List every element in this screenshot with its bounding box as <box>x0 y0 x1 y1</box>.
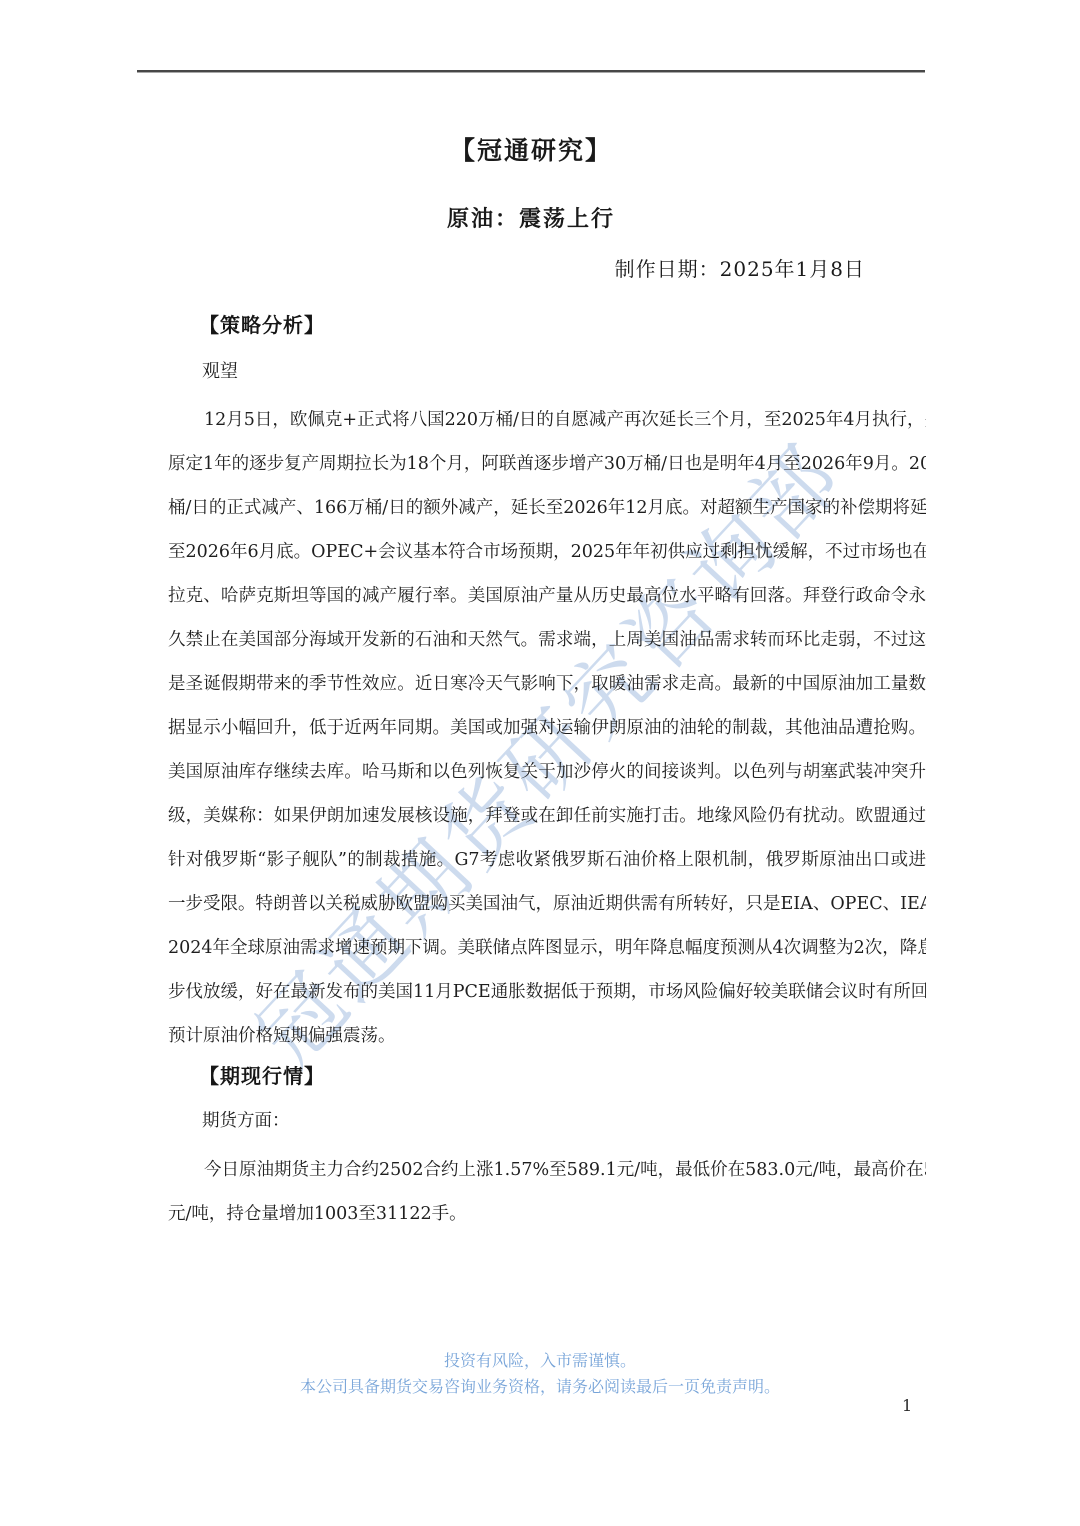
footer-disclaimer: 本公司具备期货交易咨询业务资格，请务必阅读最后一页免责声明。 <box>0 1374 1080 1400</box>
paragraph-line: 原定1年的逐步复产周期拉长为18个月，阿联酋逐步增产30万桶/日也是明年4月至2… <box>168 442 926 486</box>
paragraph-line: 步伐放缓，好在最新发布的美国11月PCE通胀数据低于预期，市场风险偏好较美联储会… <box>168 970 926 1014</box>
section-heading-market: 【期现行情】 <box>199 1060 325 1089</box>
document-page: 冠通期货研究咨询部 【冠通研究】 原油：震荡上行 制作日期：2025年1月8日 … <box>0 0 1080 1526</box>
paragraph-line: 级，美媒称：如果伊朗加速发展核设施，拜登或在卸任前实施打击。地缘风险仍有扰动。欧… <box>168 794 926 838</box>
paragraph-line: 美国原油库存继续去库。哈马斯和以色列恢复关于加沙停火的间接谈判。以色列与胡塞武装… <box>168 750 926 794</box>
page-number: 1 <box>902 1396 912 1415</box>
paragraph-line: 桶/日的正式减产、166万桶/日的额外减产，延长至2026年12月底。对超额生产… <box>168 486 926 530</box>
paragraph-line: 预计原油价格短期偏强震荡。 <box>168 1014 926 1058</box>
paragraph-line: 是圣诞假期带来的季节性效应。近日寒冷天气影响下，取暖油需求走高。最新的中国原油加… <box>168 662 926 706</box>
report-series-title: 【冠通研究】 <box>137 131 925 167</box>
report-date: 制作日期：2025年1月8日 <box>137 253 925 282</box>
paragraph-line: 2024年全球原油需求增速预期下调。美联储点阵图显示，明年降息幅度预测从4次调整… <box>168 926 926 970</box>
section-heading-strategy-analysis: 【策略分析】 <box>199 309 325 338</box>
paragraph-line: 针对俄罗斯“影子舰队”的制裁措施。G7考虑收紧俄罗斯石油价格上限机制，俄罗斯原油… <box>168 838 926 882</box>
strategy-paragraph: 12月5日，欧佩克+正式将八国220万桶/日的自愿减产再次延长三个月，至2025… <box>168 398 926 1058</box>
paragraph-line: 久禁止在美国部分海域开发新的石油和天然气。需求端，上周美国油品需求转而环比走弱，… <box>168 618 926 662</box>
paragraph-line: 今日原油期货主力合约2502合约上涨1.57%至589.1元/吨，最低价在583… <box>168 1148 926 1192</box>
paragraph-line: 一步受限。特朗普以关税威胁欧盟购买美国油气，原油近期供需有所转好，只是EIA、O… <box>168 882 926 926</box>
futures-label: 期货方面： <box>202 1107 290 1132</box>
page-footer: 投资有风险，入市需谨慎。 本公司具备期货交易咨询业务资格，请务必阅读最后一页免责… <box>0 1348 1080 1400</box>
paragraph-line: 至2026年6月底。OPEC+会议基本符合市场预期，2025年年初供应过剩担忧缓… <box>168 530 926 574</box>
footer-risk-warning: 投资有风险，入市需谨慎。 <box>0 1348 1080 1374</box>
paragraph-line: 元/吨，持仓量增加1003至31122手。 <box>168 1192 926 1236</box>
report-title: 原油：震荡上行 <box>137 202 925 233</box>
paragraph-line: 拉克、哈萨克斯坦等国的减产履行率。美国原油产量从历史最高位水平略有回落。拜登行政… <box>168 574 926 618</box>
paragraph-line: 12月5日，欧佩克+正式将八国220万桶/日的自愿减产再次延长三个月，至2025… <box>168 398 926 442</box>
futures-paragraph: 今日原油期货主力合约2502合约上涨1.57%至589.1元/吨，最低价在583… <box>168 1148 926 1236</box>
header-rule <box>137 70 925 73</box>
strategy-stance: 观望 <box>202 357 238 383</box>
paragraph-line: 据显示小幅回升，低于近两年同期。美国或加强对运输伊朗原油的油轮的制裁，其他油品遭… <box>168 706 926 750</box>
